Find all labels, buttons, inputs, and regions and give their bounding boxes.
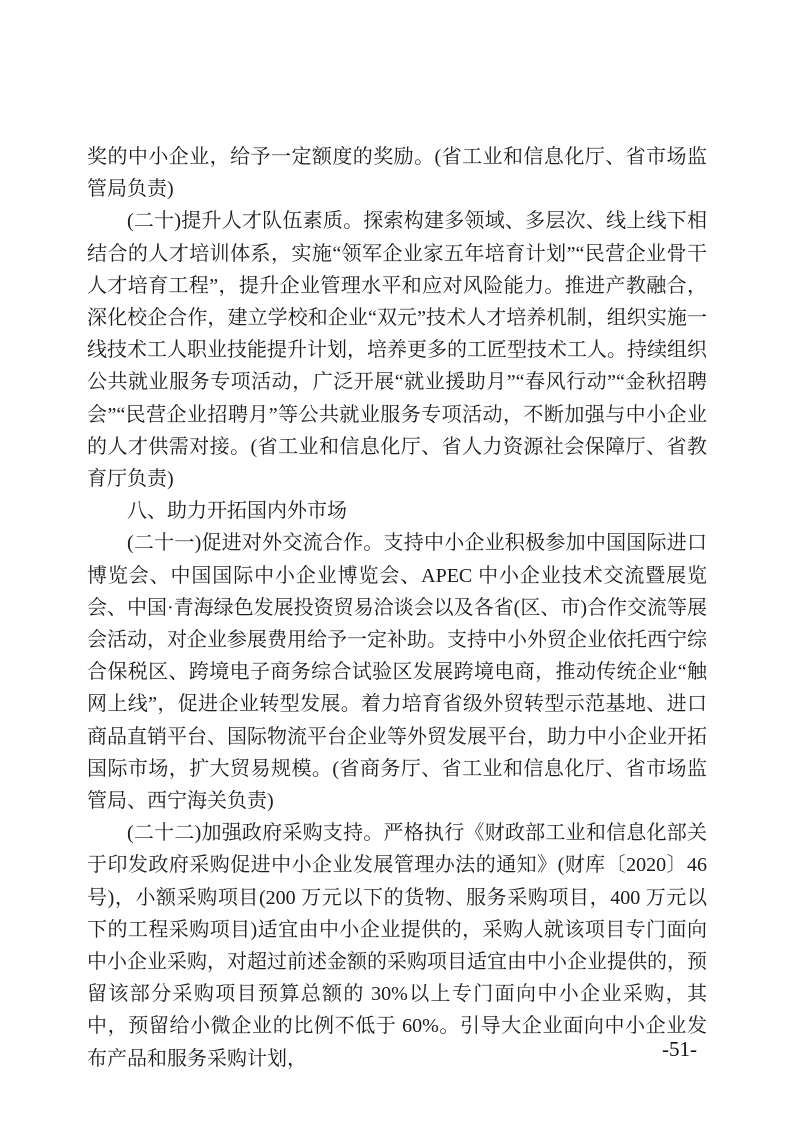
document-body: 奖的中小企业，给予一定额度的奖励。(省工业和信息化厅、省市场监管局负责)(二十)… [87,141,707,1075]
paragraph-22-government-procurement: (二十二)加强政府采购支持。严格执行《财政部工业和信息化部关于印发政府采购促进中… [87,817,707,1075]
page-number: -51- [662,1035,697,1063]
document-page: 奖的中小企业，给予一定额度的奖励。(省工业和信息化厅、省市场监管局负责)(二十)… [0,0,793,1122]
paragraph-award-smes: 奖的中小企业，给予一定额度的奖励。(省工业和信息化厅、省市场监管局负责) [87,141,707,205]
paragraph-20-talent-quality: (二十)提升人才队伍素质。探索构建多领域、多层次、线上线下相结合的人才培训体系，… [87,205,707,495]
section-heading-8: 八、助力开拓国内外市场 [87,495,707,527]
paragraph-21-foreign-exchange: (二十一)促进对外交流合作。支持中小企业积极参加中国国际进口博览会、中国国际中小… [87,527,707,817]
